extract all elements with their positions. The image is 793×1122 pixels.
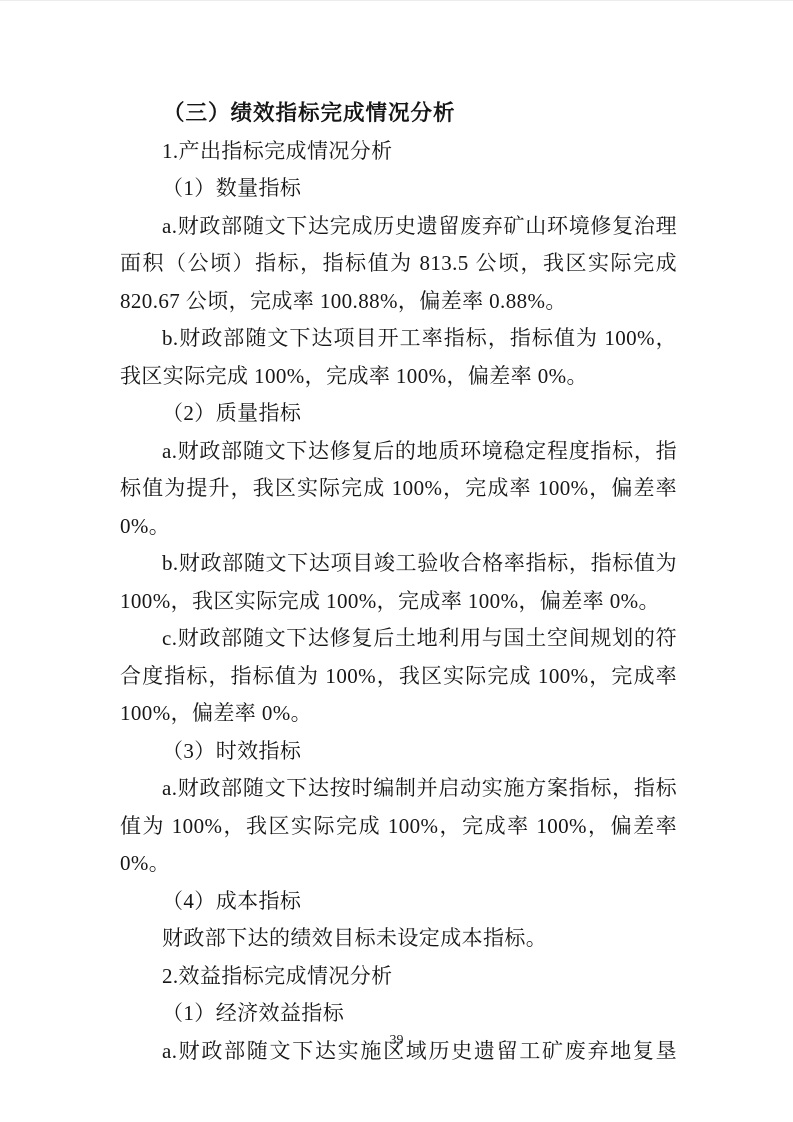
paragraph-timeliness-indicator-title: （3）时效指标 bbox=[120, 733, 677, 771]
paragraph-economic-benefit-title: （1）经济效益指标 bbox=[120, 995, 677, 1033]
paragraph-cost-indicator-title: （4）成本指标 bbox=[120, 883, 677, 921]
paragraph-output-analysis-title: 1.产出指标完成情况分析 bbox=[120, 133, 677, 171]
paragraph-quantity-item-a: a.财政部随文下达完成历史遗留废弃矿山环境修复治理面积（公顷）指标，指标值为 8… bbox=[120, 208, 677, 321]
paragraph-quality-item-c: c.财政部随文下达修复后土地利用与国土空间规划的符合度指标，指标值为 100%，… bbox=[120, 620, 677, 733]
paragraph-quantity-item-b: b.财政部随文下达项目开工率指标，指标值为 100%，我区实际完成 100%，完… bbox=[120, 320, 677, 395]
section-heading: （三）绩效指标完成情况分析 bbox=[120, 95, 677, 133]
paragraph-benefit-analysis-title: 2.效益指标完成情况分析 bbox=[120, 958, 677, 996]
paragraph-quality-item-b: b.财政部随文下达项目竣工验收合格率指标，指标值为 100%，我区实际完成 10… bbox=[120, 545, 677, 620]
paragraph-quality-item-a: a.财政部随文下达修复后的地质环境稳定程度指标，指标值为提升，我区实际完成 10… bbox=[120, 433, 677, 546]
document-content: （三）绩效指标完成情况分析 1.产出指标完成情况分析 （1）数量指标 a.财政部… bbox=[120, 95, 677, 1070]
document-page: （三）绩效指标完成情况分析 1.产出指标完成情况分析 （1）数量指标 a.财政部… bbox=[0, 0, 793, 1122]
paragraph-quantity-indicator-title: （1）数量指标 bbox=[120, 170, 677, 208]
paragraph-cost-note: 财政部下达的绩效目标未设定成本指标。 bbox=[120, 920, 677, 958]
page-number: 39 bbox=[0, 1032, 793, 1050]
paragraph-quality-indicator-title: （2）质量指标 bbox=[120, 395, 677, 433]
paragraph-timeliness-item-a: a.财政部随文下达按时编制并启动实施方案指标，指标值为 100%，我区实际完成 … bbox=[120, 770, 677, 883]
